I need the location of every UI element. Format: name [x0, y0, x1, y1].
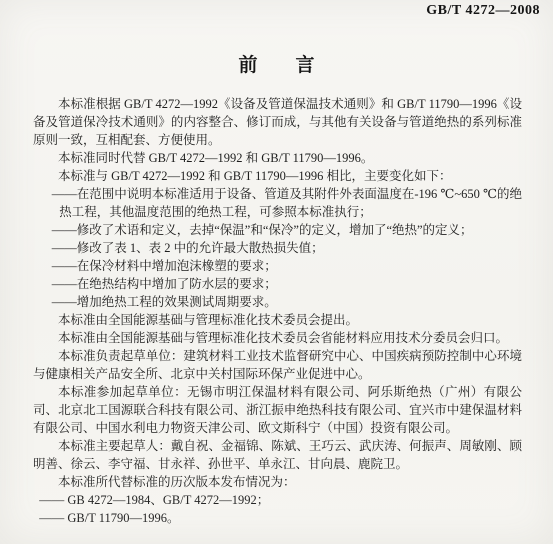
paragraph-history-intro: 本标准所代替标准的历次版本发布情况为： — [33, 473, 522, 491]
change-item-cold-materials: ——在保冷材料中增加泡沫橡塑的要求； — [33, 257, 522, 275]
change-item-waterproof-layer: ——在绝热结构中增加了防水层的要求； — [33, 275, 522, 293]
paragraph-jurisdiction: 本标准由全国能源基础与管理标准化技术委员会省能材料应用技术分委员会归口。 — [33, 329, 522, 347]
history-item-1996: —— GB/T 11790—1996。 — [33, 509, 522, 527]
paragraph-participant-units: 本标准参加起草单位：无锡市明江保温材料有限公司、阿乐斯绝热（广州）有限公司、北京… — [33, 383, 522, 437]
paragraph-replaces: 本标准同时代替 GB/T 4272—1992 和 GB/T 11790—1996… — [33, 149, 522, 167]
change-item-terms: ——修改了术语和定义，去掉“保温”和“保冷”的定义，增加了“绝热”的定义； — [33, 221, 522, 239]
paragraph-main-drafters: 本标准主要起草人：戴自祝、金福锦、陈斌、王巧云、武庆涛、何振声、周敏刚、顾明善、… — [33, 437, 522, 473]
history-item-1984-1992: —— GB 4272—1984、GB/T 4272—1992； — [33, 491, 522, 509]
paragraph-proposed-by: 本标准由全国能源基础与管理标准化技术委员会提出。 — [33, 311, 522, 329]
scanned-standard-page: GB/T 4272—2008 前 言 本标准根据 GB/T 4272—1992《… — [0, 0, 553, 544]
page-title: 前 言 — [0, 50, 553, 77]
paragraph-changes-intro: 本标准与 GB/T 4272—1992 和 GB/T 11790—1996 相比… — [33, 167, 522, 185]
paragraph-chief-draft-units: 本标准负责起草单位：建筑材料工业技术监督研究中心、中国疾病预防控制中心环境与健康… — [33, 347, 522, 383]
change-item-scope: ——在范围中说明本标准适用于设备、管道及其附件外表面温度在-196 ℃~650 … — [33, 185, 522, 221]
change-item-tables: ——修改了表 1、表 2 中的允许最大散热损失值； — [33, 239, 522, 257]
paragraph-basis: 本标准根据 GB/T 4272—1992《设备及管道保温技术通则》和 GB/T … — [33, 95, 522, 149]
standard-number-header: GB/T 4272—2008 — [426, 3, 540, 19]
change-item-test-period: ——增加绝热工程的效果测试周期要求。 — [33, 293, 522, 311]
foreword-content: 本标准根据 GB/T 4272—1992《设备及管道保温技术通则》和 GB/T … — [33, 95, 522, 527]
